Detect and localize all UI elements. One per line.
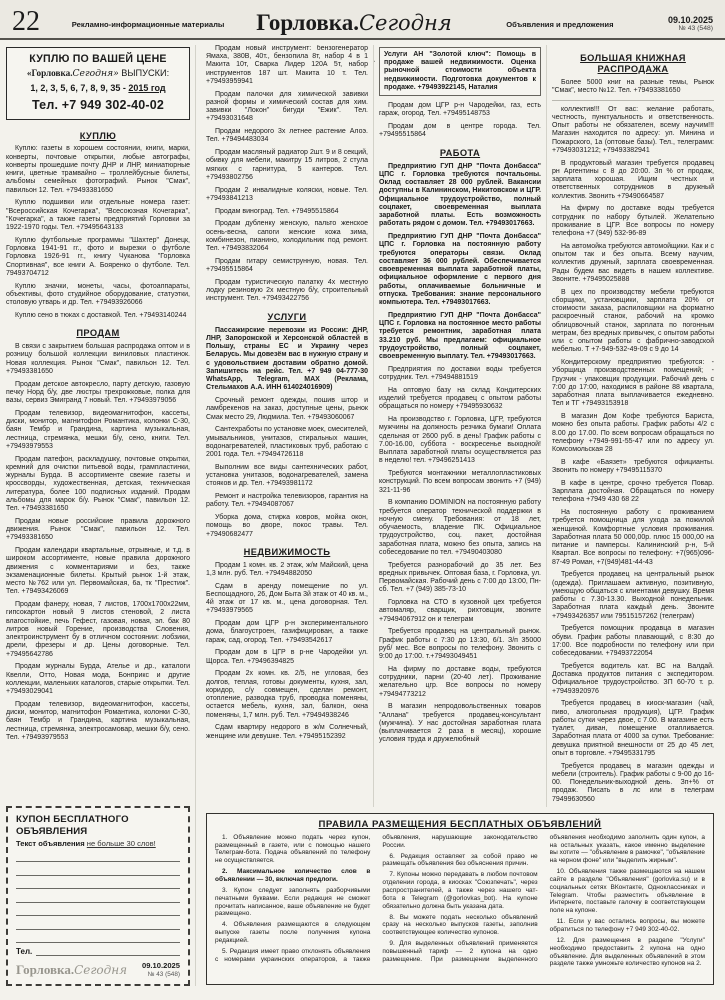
- coupon-footer: Горловка.Сегодня 09.10.2025 № 43 (548): [16, 961, 180, 978]
- rule-item: 6. Редакция оставляет за собой право не …: [382, 853, 537, 869]
- ad-paragraph: Продам новые российские правила дорожног…: [6, 518, 190, 543]
- ad-paragraph: Продам дубленку женскую, пальто женское …: [206, 220, 368, 253]
- column-1: КУПЛЮ ПО ВАШЕЙ ЦЕНЕ «Горловка.Сегодня» В…: [6, 45, 196, 986]
- reklama-vertical-label: реклама: [373, 45, 376, 62]
- coupon-line[interactable]: [16, 889, 180, 903]
- issues-list: 1, 2, 3, 5, 6, 7, 8, 9, 35 -: [30, 83, 128, 93]
- coupon-tel-line[interactable]: [36, 945, 180, 956]
- ad-paragraph: Продам детское автокресло, парту детскую…: [6, 381, 190, 406]
- ad-paragraph: В магазин непродовольственных товаров "А…: [379, 703, 541, 744]
- page-number: 22: [12, 10, 40, 34]
- masthead-script: Сегодня: [359, 11, 452, 35]
- content-area: КУПЛЮ ПО ВАШЕЙ ЦЕНЕ «Горловка.Сегодня» В…: [0, 40, 725, 986]
- ad-paragraph: Уборка дома, стирка ковров, мойка окон, …: [206, 514, 368, 539]
- ad-paragraph: Предприятию ГУП ДНР "Почта Донбасса" ЦПС…: [379, 312, 541, 362]
- ad-paragraph: Выполним все виды сантехнических работ, …: [206, 464, 368, 489]
- ad-paragraph: Продам 1 комн. кв. 2 этаж, ж/м Майский, …: [206, 562, 368, 579]
- coupon-line[interactable]: [16, 849, 180, 863]
- ad-paragraph: Продам журналы Бурда, Ателье и др., ката…: [6, 663, 190, 696]
- coupon-phone-row: Тел.: [16, 945, 180, 956]
- ad-paragraph: Продам дом в ЦГР в р-не Чародейки ул. Що…: [206, 649, 368, 666]
- ad-paragraph: Продам дом ЦГР р-н Чародейки, газ, есть …: [379, 102, 541, 119]
- coupon-date-block: 09.10.2025 № 43 (548): [142, 961, 180, 978]
- ad-paragraph: В связи с закрытием большая распродажа о…: [6, 343, 190, 376]
- ad-paragraph: Продам недорого 3х летнее растение Алоэ.…: [206, 128, 368, 145]
- ad-paragraph: Требуется разнорабочий до 35 лет. Без вр…: [379, 562, 541, 595]
- ad-paragraph: Продам новый инструмент: бензогенератор …: [206, 45, 368, 86]
- ad-paragraph: Пассажирские перевозки из России: ДНР, Л…: [206, 327, 368, 393]
- column-4: БОЛЬШАЯ КНИЖНАЯ РАСПРОДАЖАБолее 5000 кни…: [546, 45, 719, 807]
- rule-item: 4. Объявления размещаются в следующем вы…: [215, 921, 370, 944]
- ad-paragraph: Куплю футбольные программы "Шахтер" Доне…: [6, 237, 190, 278]
- ad-paragraph: Продам палочки для химической завивки ра…: [206, 91, 368, 124]
- coupon-line[interactable]: [16, 916, 180, 930]
- section-header: НЕДВИЖИМОСТЬ: [206, 547, 368, 558]
- ad-paragraph: В кафе в центре, срочно требуется Повар.…: [552, 480, 714, 505]
- ad-paragraph: Продам календари квартальные, отрывные, …: [6, 547, 190, 597]
- masthead-main: Горловка.: [256, 10, 359, 35]
- agency-ad-box: реклама Услуги АН "Золотой ключ": Помощь…: [379, 47, 541, 96]
- ad-paragraph: Требуются монтажники металлопластиковых …: [379, 470, 541, 495]
- rules-body: 1. Объявление можно подать через купон, …: [215, 834, 705, 968]
- ad-paragraph: Куплю сено в тюках с доставкой. Тел. +79…: [6, 312, 190, 320]
- header-date-block: 09.10.2025 № 43 (548): [668, 15, 713, 34]
- free-ad-coupon: КУПОН БЕСПЛАТНОГО ОБЪЯВЛЕНИЯ Текст объяв…: [6, 806, 190, 986]
- coupon-write-lines[interactable]: [16, 849, 180, 944]
- ad-paragraph: Продам туристическую палатку 4х местную …: [206, 279, 368, 304]
- ad-paragraph: Продам патефон, раскладушку, почтовые от…: [6, 456, 190, 514]
- ad-paragraph: Продам виноград. Тел. +79495515864: [206, 208, 368, 216]
- buy-box-phone: Тел. +7 949 302-40-02: [11, 98, 185, 113]
- coupon-tel-label: Тел.: [16, 947, 32, 956]
- section-header: УСЛУГИ: [206, 312, 368, 323]
- coupon-word-limit: не больше 30 слов!: [87, 839, 156, 848]
- ad-paragraph: Продам гитару семиструнную, новая. Тел. …: [206, 258, 368, 275]
- ad-paragraph: На фирму по доставке воды, требуются сот…: [379, 666, 541, 699]
- buy-offer-box: КУПЛЮ ПО ВАШЕЙ ЦЕНЕ «Горловка.Сегодня» В…: [6, 47, 190, 120]
- ad-paragraph: На постоянную работу с проживанием требу…: [552, 509, 714, 567]
- ad-paragraph: В магазин Дом Кофе требуются Бариста, мо…: [552, 413, 714, 454]
- issues-year: 2015 год: [128, 83, 165, 93]
- coupon-logo-main: Горловка.: [16, 962, 74, 977]
- section-header: КУПЛЮ: [6, 131, 190, 142]
- ad-paragraph: Куплю подшивки или отдельные номера газе…: [6, 199, 190, 232]
- coupon-issue: № 43 (548): [142, 971, 180, 979]
- ad-paragraph: Требуется продавец в магазин одежды и ме…: [552, 763, 714, 804]
- ad-paragraph: Продам дом ЦГР р-н экспериментального до…: [206, 620, 368, 645]
- ad-paragraph: Предприятию ГУП ДНР "Почта Донбасса" ЦПС…: [379, 163, 541, 229]
- right-columns-wrap: Продам новый инструмент: бензогенератор …: [196, 45, 719, 986]
- ad-paragraph: Продам масляный радиатор 2шт. 9 и 8 секц…: [206, 149, 368, 182]
- rule-item: 2. Максимальное количество слов в объявл…: [215, 868, 370, 884]
- coupon-subtitle: Текст объявления не больше 30 слов!: [16, 840, 180, 849]
- ad-paragraph: Продам 2х комн. кв. 2/5, не угловая, без…: [206, 670, 368, 720]
- ad-paragraph: В кафе «Баязет» требуются официанты. Зво…: [552, 459, 714, 476]
- rule-item: 10. Объявления также размещаются на наше…: [550, 868, 705, 915]
- ad-paragraph: Куплю: газеты в хорошем состоянии, книги…: [6, 145, 190, 195]
- rule-item: 8. Вы можете подать несколько объявлений…: [382, 914, 537, 937]
- free-ads-rules-box: ПРАВИЛА РАЗМЕЩЕНИЯ БЕСПЛАТНЫХ ОБЪЯВЛЕНИЙ…: [206, 813, 714, 985]
- ad-paragraph: Требуется продавец на центральный рынок …: [552, 571, 714, 621]
- brand-script: Сегодня»: [73, 68, 119, 79]
- ad-paragraph: В продуктовый магазин требуется продавец…: [552, 160, 714, 201]
- section-header: ПРОДАМ: [6, 328, 190, 339]
- rule-item: 11. Если у вас остались вопросы, вы може…: [550, 918, 705, 934]
- ad-paragraph: Сдам в аренду помещение по ул. Беспощадн…: [206, 583, 368, 616]
- ad-paragraph: Продам 2 инвалидные коляски, новые. Тел.…: [206, 187, 368, 204]
- header-left-label: Рекламно-информационные материалы: [50, 20, 246, 34]
- ad-paragraph: коллектив!!! От вас: желание работать, ч…: [552, 106, 714, 156]
- ad-paragraph: Продам телевизор, видеомагнитофон, кассе…: [6, 701, 190, 742]
- ad-paragraph: Более 5000 книг на разные темы, Рынок "С…: [552, 79, 714, 96]
- ad-paragraph: Кондитерскому предприятию требуются: - У…: [552, 359, 714, 409]
- ad-paragraph: Сдам квартиру недорого в ж/м Солнечный, …: [206, 724, 368, 741]
- ad-paragraph: В компанию DOMINION на постоянную работу…: [379, 499, 541, 557]
- column-1-ads: КУПЛЮКуплю: газеты в хорошем состоянии, …: [6, 123, 190, 801]
- ad-paragraph: Продам дом в центре города. Тел. +794955…: [379, 123, 541, 140]
- agency-ad-text: Услуги АН "Золотой ключ": Помощь в прода…: [384, 51, 536, 91]
- column-3: реклама Услуги АН "Золотой ключ": Помощь…: [373, 45, 546, 807]
- ad-paragraph: Продам фанеру, новая, 7 листов, 1700х170…: [6, 601, 190, 659]
- issue-date: 09.10.2025: [668, 15, 713, 25]
- ad-paragraph: Куплю значки, монеты, часы, фотоаппараты…: [6, 283, 190, 308]
- issue-number: № 43 (548): [668, 25, 713, 32]
- coupon-date: 09.10.2025: [142, 961, 180, 970]
- ad-paragraph: Продам телевизор, видеомагнитофон, кассе…: [6, 410, 190, 451]
- ad-paragraph: На оптовую базу на склад Кондитерских из…: [379, 387, 541, 412]
- column-3-ads: Продам дом ЦГР р-н Чародейки, газ, есть …: [379, 102, 541, 744]
- rule-item: 1. Объявление можно подать через купон, …: [215, 834, 370, 865]
- buy-box-title: КУПЛЮ ПО ВАШЕЙ ЦЕНЕ: [11, 53, 185, 66]
- rule-item: 3. Купон следует заполнять разборчивыми …: [215, 887, 370, 918]
- coupon-logo: Горловка.Сегодня: [16, 962, 127, 977]
- header-right-label: Объявления и предложения: [462, 20, 658, 34]
- ad-paragraph: Горловка на СТО в кузовной цех требуется…: [379, 599, 541, 624]
- ad-paragraph: На автомойка требуются автомойщики. Как …: [552, 243, 714, 284]
- ad-paragraph: Требуется водитель кат. ВС на Валдай. До…: [552, 663, 714, 696]
- ad-paragraph: Предприятия по доставки воды требуется с…: [379, 366, 541, 383]
- section-header: РАБОТА: [379, 148, 541, 159]
- coupon-logo-script: Сегодня: [74, 963, 127, 977]
- ad-paragraph: В цех по производству мебели требуются с…: [552, 289, 714, 355]
- buy-box-brand-line: «Горловка.Сегодня» ВЫПУСКИ:: [11, 68, 185, 80]
- ad-paragraph: Требуется помощник продавца в магазин об…: [552, 625, 714, 658]
- coupon-line[interactable]: [16, 876, 180, 890]
- columns-2-4: Продам новый инструмент: бензогенератор …: [201, 45, 719, 807]
- rules-title: ПРАВИЛА РАЗМЕЩЕНИЯ БЕСПЛАТНЫХ ОБЪЯВЛЕНИЙ: [215, 819, 705, 830]
- coupon-line[interactable]: [16, 862, 180, 876]
- buy-box-issues: 1, 2, 3, 5, 6, 7, 8, 9, 35 - 2015 год: [11, 83, 185, 94]
- column-2: Продам новый инструмент: бензогенератор …: [201, 45, 373, 807]
- masthead-logo: Горловка.Сегодня: [256, 13, 452, 34]
- coupon-line[interactable]: [16, 930, 180, 944]
- ad-paragraph: Сантехработы по установке моек, смесител…: [206, 426, 368, 459]
- issues-label: ВЫПУСКИ:: [119, 68, 169, 78]
- coupon-line[interactable]: [16, 903, 180, 917]
- rule-item: 12. Для размещения в разделе "Услуги" не…: [550, 937, 705, 968]
- ad-paragraph: Требуется продавец в киоск-магазин (чай,…: [552, 700, 714, 758]
- ad-paragraph: Ремонт и настройка телевизоров, гарантия…: [206, 493, 368, 510]
- ad-paragraph: На производство г. Горловка, ЦГР, требую…: [379, 416, 541, 466]
- brand-prefix: «Горловка.: [27, 68, 73, 78]
- coupon-title: КУПОН БЕСПЛАТНОГО ОБЪЯВЛЕНИЯ: [16, 814, 180, 837]
- ad-paragraph: Требуется продавец на центральный рынок.…: [379, 628, 541, 661]
- ad-paragraph: На фирму по доставке воды требуется сотр…: [552, 205, 714, 238]
- page-header: 22 Рекламно-информационные материалы Гор…: [0, 0, 725, 40]
- ad-paragraph: Срочный ремонт одежды, пошив штор и ламб…: [206, 397, 368, 422]
- ad-paragraph: Предприятию ГУП ДНР "Почта Донбасса" ЦПС…: [379, 233, 541, 307]
- newspaper-page: { "header": { "page_number": "22", "left…: [0, 0, 725, 1000]
- divider: [552, 100, 714, 101]
- section-header: БОЛЬШАЯ КНИЖНАЯ РАСПРОДАЖА: [552, 53, 714, 75]
- coupon-sub-bold: Текст объявления: [16, 839, 85, 848]
- rule-item: 7. Купоны можно передавать в любом почто…: [382, 871, 537, 910]
